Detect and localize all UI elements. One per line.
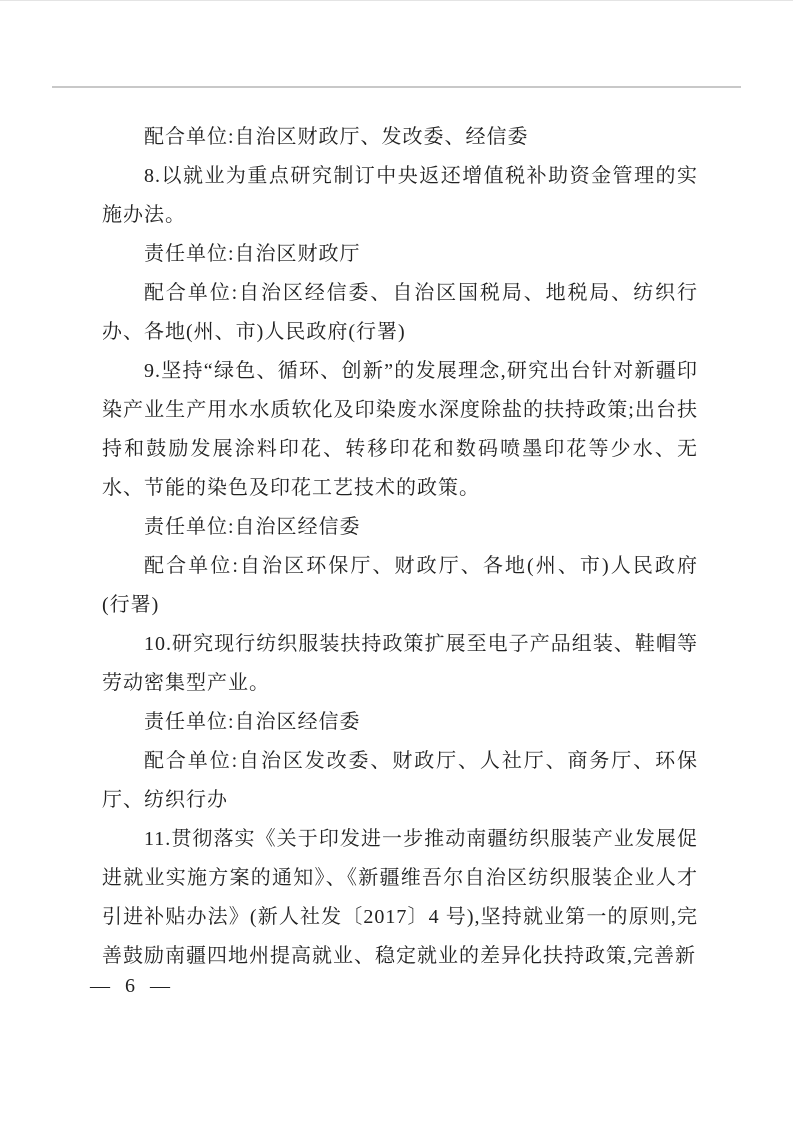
paragraph-responsible-unit: 责任单位:自治区经信委 — [102, 703, 698, 742]
page-number: — 6 — — [90, 972, 175, 1000]
paragraph-cooperating-units: 配合单位:自治区经信委、自治区国税局、地税局、纺织行办、各地(州、市)人民政府(… — [102, 274, 698, 352]
paragraph-cooperating-units: 配合单位:自治区环保厅、财政厅、各地(州、市)人民政府(行署) — [102, 547, 698, 625]
paragraph-item-11: 11.贯彻落实《关于印发进一步推动南疆纺织服装产业发展促进就业实施方案的通知》、… — [102, 820, 698, 976]
document-page: 配合单位:自治区财政厅、发改委、经信委 8.以就业为重点研究制订中央返还增值税补… — [0, 0, 793, 1122]
paragraph-cooperating-units: 配合单位:自治区财政厅、发改委、经信委 — [102, 118, 698, 157]
paragraph-item-9: 9.坚持“绿色、循环、创新”的发展理念,研究出台针对新疆印染产业生产用水水质软化… — [102, 352, 698, 508]
paragraph-responsible-unit: 责任单位:自治区财政厅 — [102, 235, 698, 274]
paragraph-item-10: 10.研究现行纺织服装扶持政策扩展至电子产品组装、鞋帽等劳动密集型产业。 — [102, 625, 698, 703]
paragraph-responsible-unit: 责任单位:自治区经信委 — [102, 508, 698, 547]
paragraph-cooperating-units: 配合单位:自治区发改委、财政厅、人社厅、商务厅、环保厅、纺织行办 — [102, 742, 698, 820]
document-body: 配合单位:自治区财政厅、发改委、经信委 8.以就业为重点研究制订中央返还增值税补… — [102, 118, 698, 976]
header-divider-line — [52, 86, 741, 88]
paragraph-item-8: 8.以就业为重点研究制订中央返还增值税补助资金管理的实施办法。 — [102, 157, 698, 235]
